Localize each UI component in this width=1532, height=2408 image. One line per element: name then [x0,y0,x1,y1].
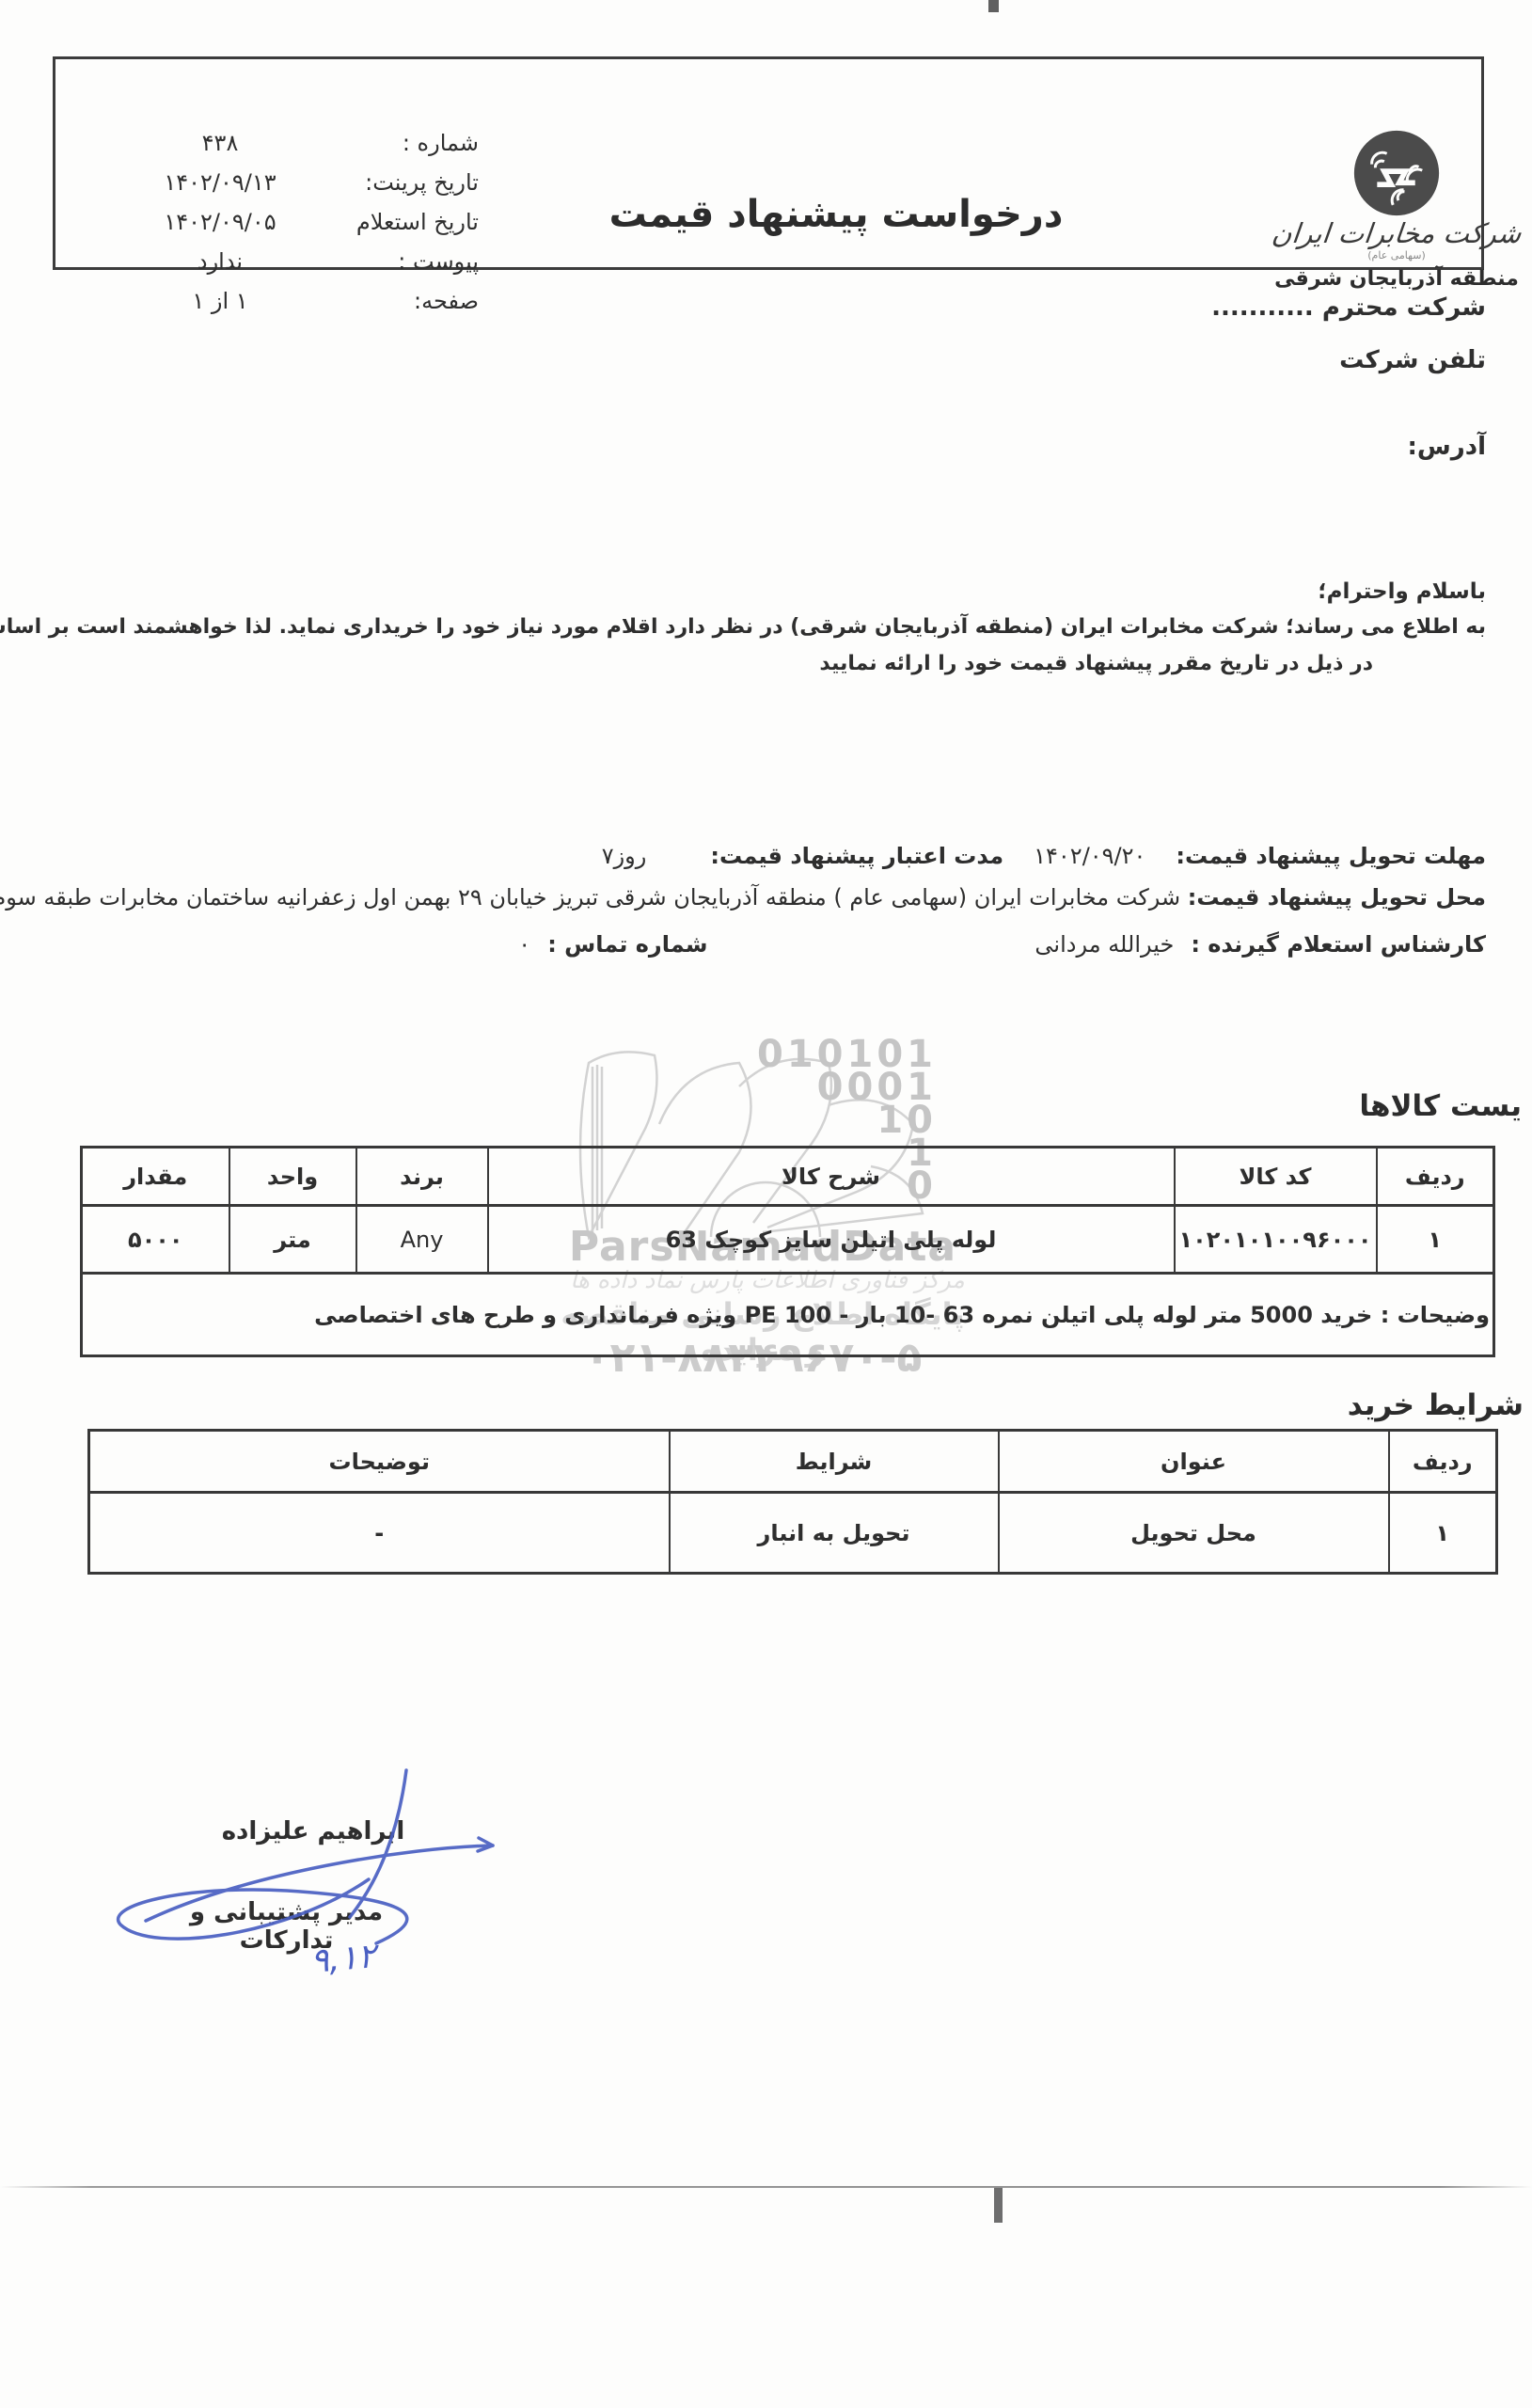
validity-label: مدت اعتبار پیشنهاد قیمت: [710,843,1003,869]
details-block: مهلت تحویل پیشنهاد قیمت: ۱۴۰۲/۰۹/۲۰ مدت … [33,843,1486,958]
recipient-company-label: شرکت محترم [1322,293,1486,322]
company-logo-block: شرکت مخابرات ایران (سهامی عام) منطقه آذر… [1259,129,1532,291]
col-brand: برند [356,1148,488,1206]
meta-row-page: صفحه: ۱ از ۱ [131,281,479,321]
item-quantity: ۵۰۰۰ [82,1206,229,1274]
number-label: شماره : [305,130,479,156]
document-page: شماره : ۴۳۸ تاریخ پرینت: ۱۴۰۲/۰۹/۱۳ تاری… [0,0,1532,2408]
item-unit: متر [229,1206,356,1274]
deadline-value: ۱۴۰۲/۰۹/۲۰ [1034,843,1145,869]
item-brand: Any [356,1206,488,1274]
recipient-company-value: ........... [1211,293,1314,322]
salutation: باسلام واحترام؛ [33,579,1486,604]
delivery-label: محل تحویل پیشنهاد قیمت: [1188,884,1486,911]
col-unit: واحد [229,1148,356,1206]
terms-section-heading: شرایط خرید [1315,1388,1524,1422]
expert-label: کارشناس استعلام گیرنده : [1191,931,1486,958]
inquiry-date-value: ۱۴۰۲/۰۹/۰۵ [135,209,305,235]
item-description: لوله پلی اتیلن سایز کوچک 63 [488,1206,1175,1274]
contact-value: ۰ [518,931,530,958]
inquiry-date-label: تاریخ استعلام [305,209,479,235]
fold-line [0,2186,1532,2188]
col-item-code: کد کالا [1175,1148,1377,1206]
signature-scribble-icon [94,1759,607,2032]
document-meta: شماره : ۴۳۸ تاریخ پرینت: ۱۴۰۲/۰۹/۱۳ تاری… [131,123,479,321]
header-box: شماره : ۴۳۸ تاریخ پرینت: ۱۴۰۲/۰۹/۱۳ تاری… [53,56,1484,270]
item-row-number: ۱ [1377,1206,1494,1274]
items-table: ردیف کد کالا شرح کالا برند واحد مقدار ۱ … [80,1146,1495,1357]
page-value: ۱ از ۱ [135,288,305,314]
signature-block: ابراهیم علیزاده مدیر پشتیبانی و تدارکات … [94,1759,607,2032]
greeting-block: باسلام واحترام؛ به اطلاع می رساند؛ شرکت … [33,579,1486,675]
recipient-company-row: شرکت محترم ........... [884,293,1486,322]
terms-table: ردیف عنوان شرایط توضیحات ۱ محل تحویل تحو… [87,1429,1498,1575]
meta-row-print-date: تاریخ پرینت: ۱۴۰۲/۰۹/۱۳ [131,163,479,202]
items-notes-row: وضیحات : خرید 5000 متر لوله پلی اتیلن نم… [82,1274,1494,1356]
attachment-value: ندارد [135,248,305,275]
col-quantity: مقدار [82,1148,229,1206]
print-date-label: تاریخ پرینت: [305,169,479,196]
details-row-expert: کارشناس استعلام گیرنده : خیرالله مردانی … [33,931,1486,958]
logo-company-subtitle: (سهامی عام) [1259,249,1532,261]
delivery-value: شرکت مخابرات ایران (سهامی عام ) منطقه آذ… [0,884,1180,911]
col-item-description: شرح کالا [488,1148,1175,1206]
details-row-delivery: محل تحویل پیشنهاد قیمت: شرکت مخابرات ایر… [33,884,1486,911]
scan-mark-top [988,0,999,12]
col-term-title: عنوان [999,1431,1389,1493]
term-condition: تحویل به انبار [670,1493,999,1574]
attachment-label: پیوست : [305,248,479,275]
print-date-value: ۱۴۰۲/۰۹/۱۳ [135,169,305,196]
greeting-line-2: در ذیل در تاریخ مقرر پیشنهاد قیمت خود را… [33,652,1373,675]
contact-label: شماره تماس : [547,931,707,958]
recipient-address-label: آدرس: [884,433,1486,461]
tci-logo-icon [1352,129,1441,217]
items-header-row: ردیف کد کالا شرح کالا برند واحد مقدار [82,1148,1494,1206]
logo-region-name: منطقه آذربایجان شرقی [1259,267,1532,291]
term-notes: - [89,1493,670,1574]
greeting-line-1: به اطلاع می رساند؛ شرکت مخابرات ایران (م… [33,615,1486,639]
validity-value: ۷روز [602,843,647,869]
col-term-row-number: ردیف [1389,1431,1497,1493]
terms-header-row: ردیف عنوان شرایط توضیحات [89,1431,1497,1493]
logo-company-name: شرکت مخابرات ایران [1257,217,1532,249]
terms-row-1: ۱ محل تحویل تحویل به انبار - [89,1493,1497,1574]
meta-row-number: شماره : ۴۳۸ [131,123,479,163]
col-term-condition: شرایط [670,1431,999,1493]
items-section-heading: یست کالاها [1307,1089,1522,1123]
fold-tick-mark [994,2188,1003,2223]
col-term-notes: توضیحات [89,1431,670,1493]
items-row-1: ۱ ۱۰۲۰۱۰۱۰۰۹۶۰۰۰ لوله پلی اتیلن سایز کوچ… [82,1206,1494,1274]
page-title: درخواست پیشنهاد قیمت [582,193,1090,236]
recipient-block: شرکت محترم ........... تلفن شرکت آدرس: [884,293,1486,461]
page-label: صفحه: [305,288,479,314]
number-value: ۴۳۸ [135,130,305,156]
recipient-phone-label: تلفن شرکت [884,346,1486,374]
term-row-number: ۱ [1389,1493,1497,1574]
meta-row-inquiry-date: تاریخ استعلام ۱۴۰۲/۰۹/۰۵ [131,202,479,242]
meta-row-attachment: پیوست : ندارد [131,242,479,281]
items-notes: وضیحات : خرید 5000 متر لوله پلی اتیلن نم… [82,1274,1494,1356]
expert-value: خیرالله مردانی [1034,931,1174,958]
details-row-deadline: مهلت تحویل پیشنهاد قیمت: ۱۴۰۲/۰۹/۲۰ مدت … [33,843,1486,869]
term-title: محل تحویل [999,1493,1389,1574]
col-row-number: ردیف [1377,1148,1494,1206]
item-code: ۱۰۲۰۱۰۱۰۰۹۶۰۰۰ [1175,1206,1377,1274]
deadline-label: مهلت تحویل پیشنهاد قیمت: [1176,843,1486,869]
